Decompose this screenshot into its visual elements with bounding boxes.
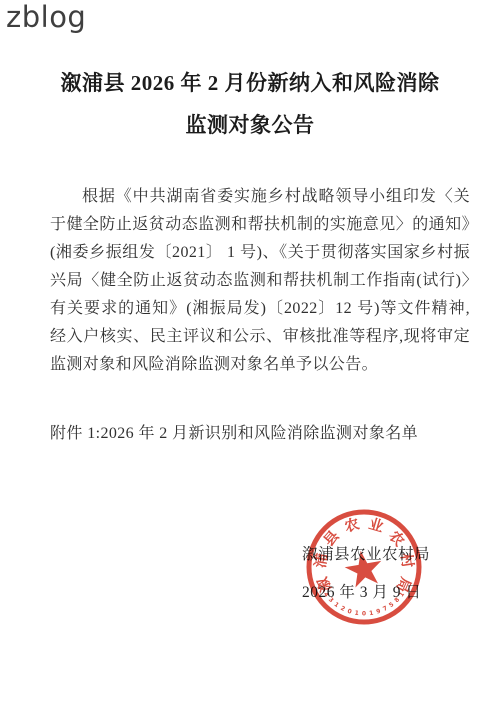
svg-text:业: 业 xyxy=(367,515,386,536)
signature-date: 2026 年 3 月 9 日 xyxy=(302,580,492,602)
svg-text:2: 2 xyxy=(339,605,346,613)
document-title-line1: 溆浦县 2026 年 2 月份新纳入和风险消除 xyxy=(20,62,480,104)
svg-text:0: 0 xyxy=(362,611,366,618)
svg-text:5: 5 xyxy=(388,601,396,609)
document-title: 溆浦县 2026 年 2 月份新纳入和风险消除 监测对象公告 xyxy=(20,62,480,146)
svg-text:1: 1 xyxy=(369,610,374,618)
signature-block: 溆浦县农业农村局 2026 年 3 月 9 日 xyxy=(302,542,492,602)
svg-text:1: 1 xyxy=(354,610,359,618)
svg-text:9: 9 xyxy=(375,608,381,616)
site-logo[interactable]: zblog xyxy=(6,0,86,34)
svg-text:7: 7 xyxy=(382,605,389,613)
svg-text:1: 1 xyxy=(333,601,341,609)
signature-organization: 溆浦县农业农村局 xyxy=(302,542,492,564)
svg-text:农: 农 xyxy=(342,514,361,535)
svg-text:0: 0 xyxy=(346,608,352,616)
announcement-page: zblog 溆浦县 2026 年 2 月份新纳入和风险消除 监测对象公告 根据《… xyxy=(0,0,500,707)
document-title-line2: 监测对象公告 xyxy=(20,104,480,146)
document-body-paragraph: 根据《中共湖南省委实施乡村战略领导小组印发〈关于健全防止返贫动态监测和帮扶机制的… xyxy=(50,183,470,379)
attachment-line: 附件 1:2026 年 2 月新识别和风险消除监测对象名单 xyxy=(50,420,480,443)
